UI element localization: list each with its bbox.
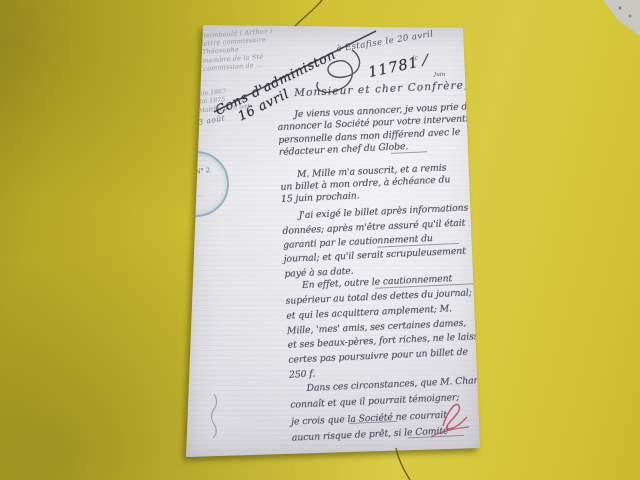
folio-suffix: Juin: [434, 72, 445, 78]
folio-number: 11781 ⁄: [367, 53, 429, 81]
letter-paper-surface: Reimbauld ( Arthur ) lettre commissaire …: [186, 25, 486, 460]
photo-scene: Reimbauld ( Arthur ) lettre commissaire …: [0, 0, 640, 480]
stamp-small-text: …: [197, 193, 203, 199]
margin-pencil-notes: Sémio 1867 7 Mai 1875 A. Matthieu en let…: [188, 83, 290, 117]
letter-paragraph: Je viens vous annoncer, je vous prie d'e…: [277, 101, 487, 160]
margin-date-note: 13 août: [192, 113, 225, 127]
letter-paragraph: Dans ces circonstances, que M. Charlé co…: [289, 372, 500, 447]
letter-paper: Reimbauld ( Arthur ) lettre commissaire …: [0, 0, 640, 480]
letter-paragraph: M. Mille m'a souscrit, et a remis un bil…: [280, 160, 489, 206]
letter-body: Monsieur et cher Confrère, Je viens vous…: [276, 79, 500, 448]
letter-dateline: à Estafise le 20 avril: [336, 29, 434, 54]
circular-stamp-icon: N° 2 …: [163, 151, 229, 217]
letter-paragraph: J'ai exigé le billet après informations …: [282, 201, 493, 282]
stamp-number-text: N° 2: [195, 166, 211, 176]
